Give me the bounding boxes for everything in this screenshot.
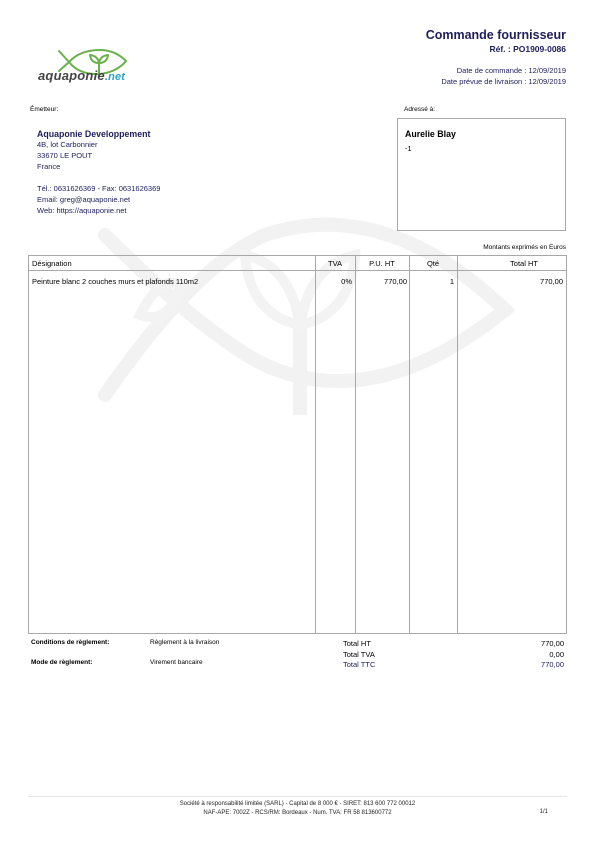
- column-divider: [315, 256, 316, 633]
- payment-conditions-value: Règlement à la livraison: [150, 639, 219, 646]
- column-divider: [457, 256, 458, 633]
- payment-mode-value: Virement bancaire: [150, 659, 203, 666]
- payment-mode-label: Mode de règlement:: [31, 659, 92, 666]
- sender-address-line1: 4B, lot Carbonnier: [37, 140, 160, 151]
- sender-label: Émetteur:: [30, 106, 58, 113]
- document-reference: Réf. : PO1909-0086: [489, 44, 566, 54]
- sender-phone-fax: Tél.: 0631626369 - Fax: 0631626369: [37, 184, 160, 195]
- column-divider: [409, 256, 410, 633]
- row-tva: 0%: [315, 277, 352, 286]
- column-divider: [355, 256, 356, 633]
- document-title: Commande fournisseur: [426, 28, 566, 42]
- order-date: Date de commande : 12/09/2019: [457, 66, 566, 75]
- column-header-unit-price: P.U. HT: [355, 259, 409, 268]
- total-tva-label: Total TVA: [343, 650, 375, 659]
- total-tva-value: 0,00: [549, 650, 564, 659]
- footer-divider: [28, 796, 567, 797]
- logo-wordmark: aquaponie.net: [38, 68, 125, 83]
- sender-address-line2: 33670 LE POUT: [37, 151, 160, 162]
- sender-country: France: [37, 162, 160, 173]
- logo-tld: .net: [105, 71, 125, 83]
- delivery-date: Date prévue de livraison : 12/09/2019: [441, 77, 566, 86]
- recipient-label: Adressé à:: [404, 106, 435, 113]
- sender-email: Email: greg@aquaponie.net: [37, 195, 160, 206]
- sender-web: Web: https://aquaponie.net: [37, 206, 160, 217]
- column-header-total-ht: Total HT: [484, 259, 564, 268]
- recipient-box: Aurelie Blay -1: [397, 118, 566, 231]
- row-total-ht: 770,00: [540, 277, 563, 286]
- sender-name: Aquaponie Developpement: [37, 129, 160, 140]
- column-header-qty: Qté: [409, 259, 457, 268]
- total-ht-label: Total HT: [343, 639, 371, 648]
- footer-legal: Société à responsabilité limitée (SARL) …: [0, 800, 595, 818]
- row-unit-price: 770,00: [355, 277, 407, 286]
- logo-name: aquaponie: [38, 68, 105, 83]
- row-designation: Peinture blanc 2 couches murs et plafond…: [32, 277, 198, 286]
- footer-line1: Société à responsabilité limitée (SARL) …: [0, 800, 595, 809]
- total-ttc-label: Total TTC: [343, 660, 375, 669]
- recipient-line1: -1: [405, 144, 412, 153]
- currency-note: Montants exprimés en Euros: [483, 244, 566, 251]
- footer-line2: NAF-APE: 7002Z - RCS/RM: Bordeaux - Num.…: [0, 809, 595, 818]
- page-number: 1/1: [540, 809, 548, 815]
- items-table: Désignation TVA P.U. HT Qté Total HT Pei…: [28, 255, 567, 634]
- payment-conditions-label: Conditions de règlement:: [31, 639, 109, 646]
- total-ttc-value: 770,00: [541, 660, 564, 669]
- total-ht-value: 770,00: [541, 639, 564, 648]
- column-header-designation: Désignation: [32, 259, 72, 268]
- recipient-name: Aurelie Blay: [405, 129, 456, 139]
- sender-block: Aquaponie Developpement 4B, lot Carbonni…: [37, 129, 160, 216]
- column-header-tva: TVA: [315, 259, 355, 268]
- row-qty: 1: [409, 277, 454, 286]
